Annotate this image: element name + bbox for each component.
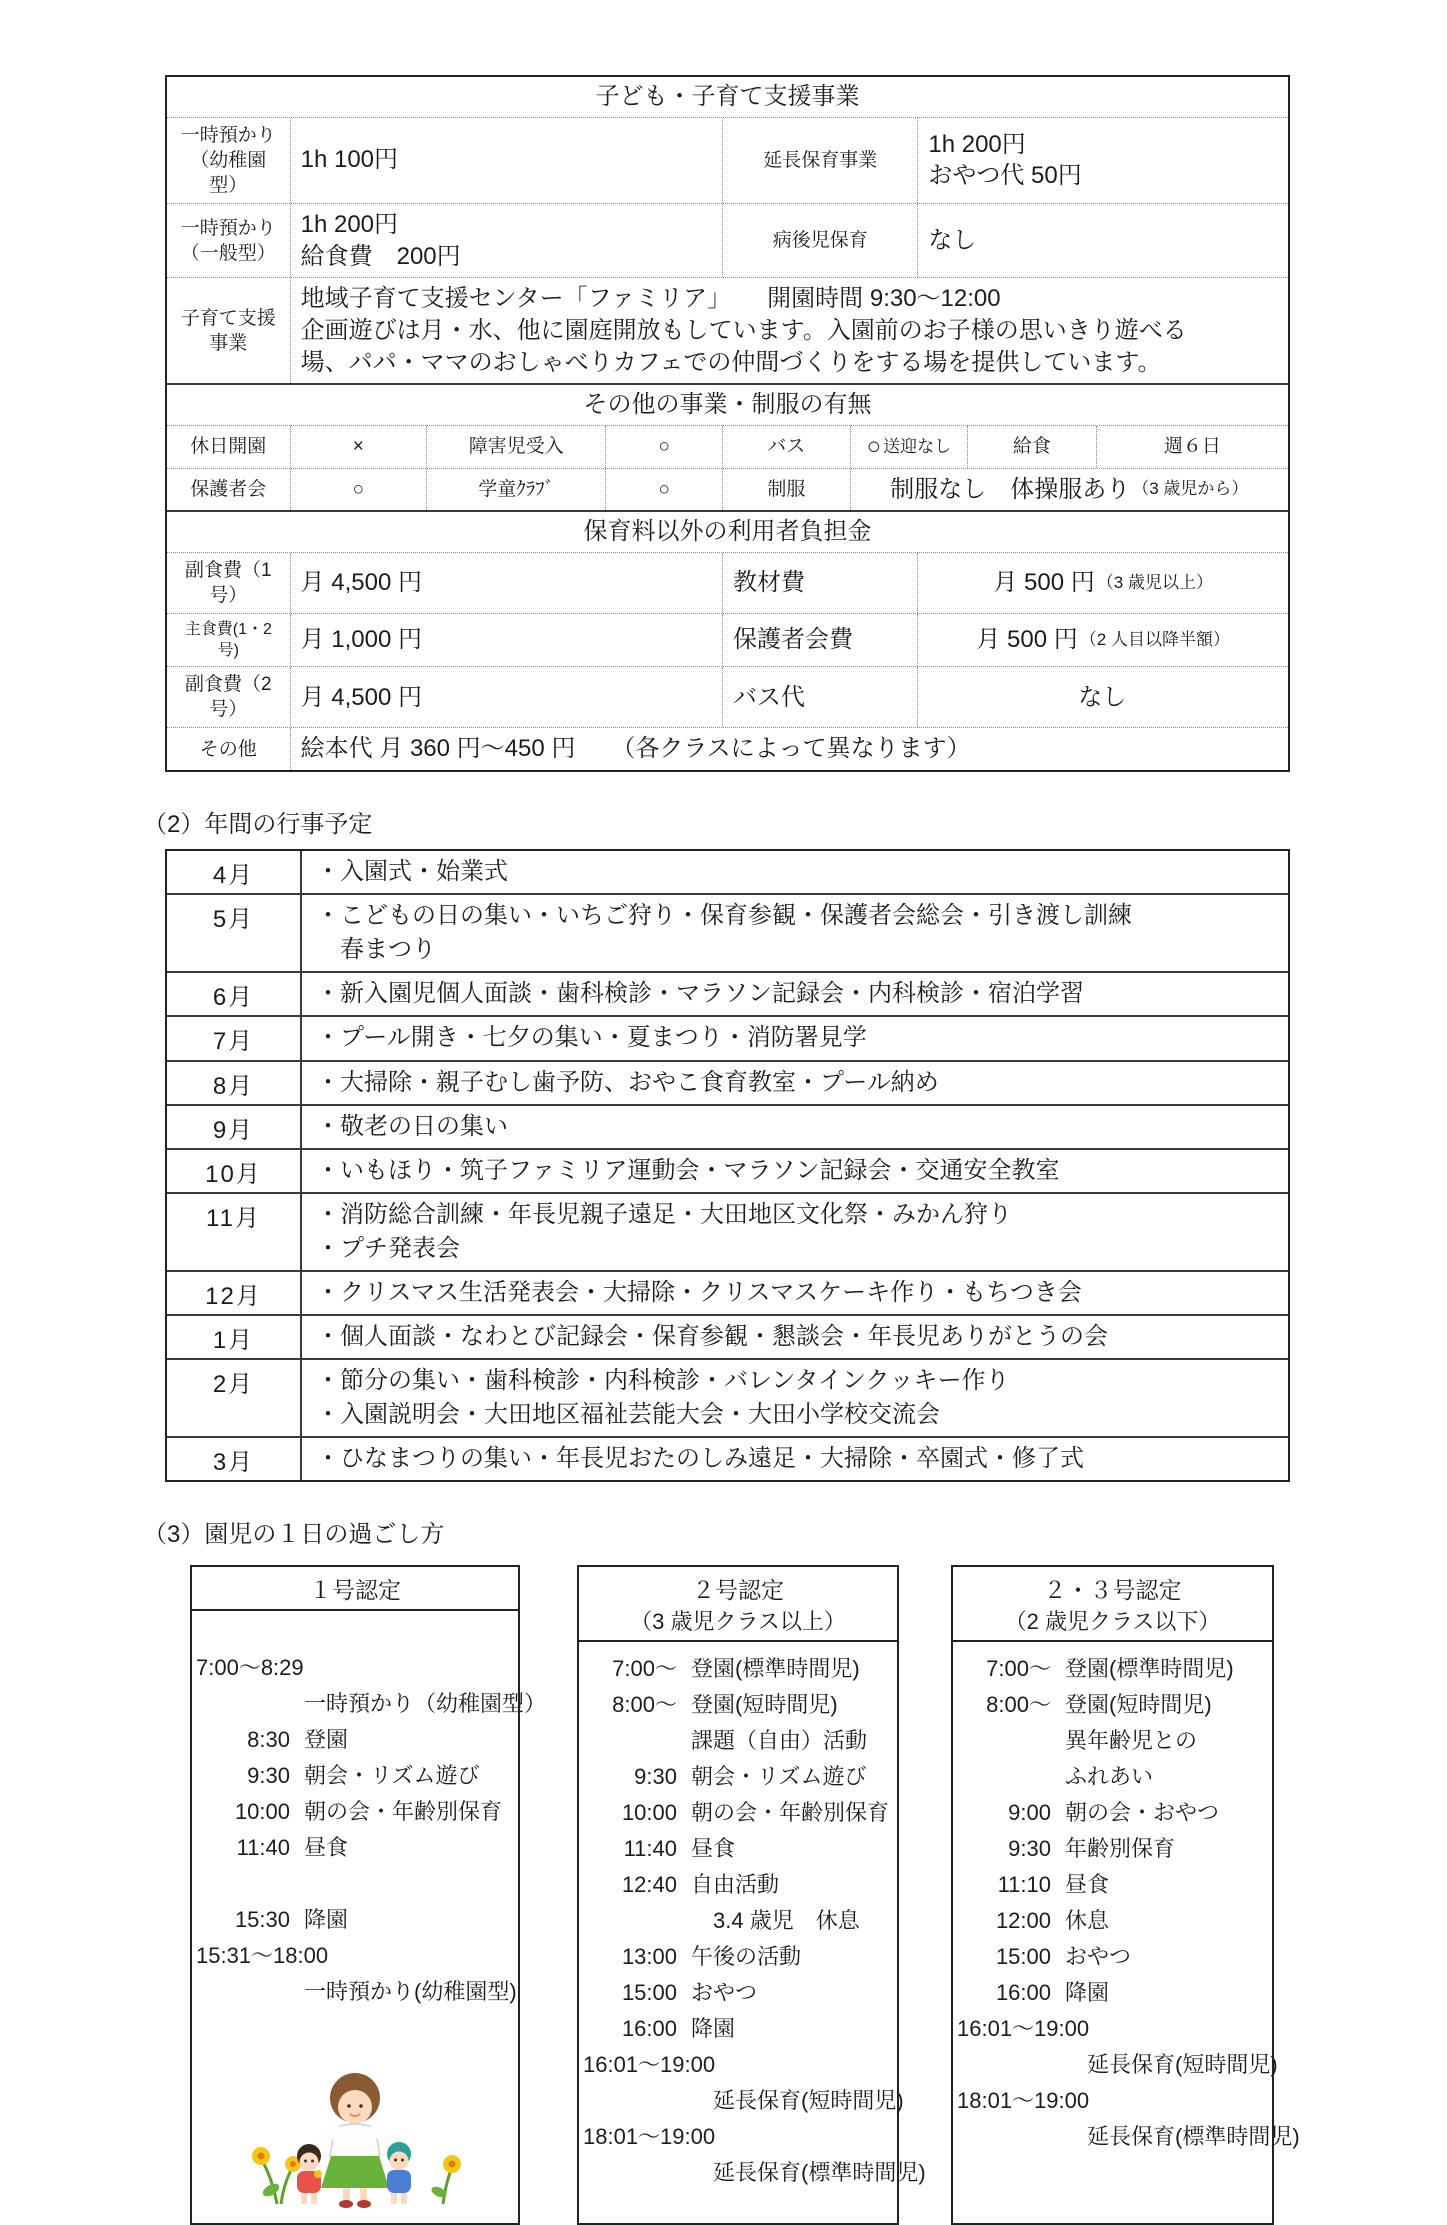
schedule-line: 15:00おやつ [583,1980,893,2016]
schedule-line: 延長保育(標準時間児) [583,2160,893,2196]
schedule-activity: 3.4 歳児 休息 [691,1908,860,1934]
event-month: 2月 [167,1360,302,1436]
other-section-title: その他の事業・制服の有無 [167,385,1288,425]
schedule-activity: 登園(短時間児) [691,1692,838,1718]
schedule-time: 16:01～19:00 [583,2052,729,2078]
schedule-activity: 降園 [691,2016,735,2042]
schedule-activity: 昼食 [691,1836,735,1862]
schedule-time: 12:40 [583,1872,691,1898]
event-items: ・プール開き・七夕の集い・夏まつり・消防署見学 [302,1017,1288,1059]
schedule-time: 7:00～8:29 [196,1655,318,1681]
row-label: 病後児保育 [722,204,917,277]
event-items: ・入園式・始業式 [302,851,1288,893]
schedule-time: 9:00 [957,1800,1065,1826]
schedule-activity: ふれあい [1065,1764,1153,1790]
event-items: ・こどもの日の集い・いちご狩り・保育参観・保護者会総会・引き渡し訓練 春まつり [302,895,1288,971]
schedule-activity: 午後の活動 [691,1944,801,1970]
schedule-box-title: ２号認定 [581,1572,895,1605]
event-items: ・節分の集い・歯科検診・内科検診・バレンタインクッキー作り ・入園説明会・大田地… [302,1360,1288,1436]
event-month: 3月 [167,1438,302,1480]
event-month: 4月 [167,851,302,893]
event-month: 5月 [167,895,302,971]
schedule-time: 11:10 [957,1872,1065,1898]
document-page: 子ども・子育て支援事業 一時預かり （幼稚園型） 1h 100円 延長保育事業 … [0,0,1447,2225]
schedule-time: 10:00 [583,1800,691,1826]
support-services-table: 子ども・子育て支援事業 一時預かり （幼稚園型） 1h 100円 延長保育事業 … [165,75,1290,772]
event-items: ・いもほり・筑子ファミリア運動会・マラソン記録会・交通安全教室 [302,1150,1288,1192]
schedule-time: 9:30 [583,1764,691,1790]
row-label: 保護者会 [167,469,290,511]
schedule-line: 8:00～登園(短時間児) [583,1692,893,1728]
schedule-time: 18:01～19:00 [957,2088,1103,2114]
schedule-line: 9:30朝会・リズム遊び [196,1763,514,1799]
schedule-line: 9:00朝の会・おやつ [957,1800,1268,1836]
schedule-time: 16:01～19:00 [957,2016,1103,2042]
schedule-line: 9:30年齢別保育 [957,1836,1268,1872]
schedule-line: 16:01～19:00 [957,2016,1268,2052]
row-value: 月 4,500 円 [290,667,722,727]
schedule-time: 8:00～ [957,1692,1065,1718]
schedule-activity: 登園(標準時間児) [691,1656,860,1682]
row-label: 副食費（1号） [167,553,290,613]
schedule-time: 12:00 [957,1908,1065,1934]
schedule-time: 8:30 [196,1727,304,1753]
schedule-activity: おやつ [691,1980,757,2006]
row-value: 月 1,000 円 [290,614,722,666]
schedule-activity: 降園 [1065,1980,1109,2006]
schedule-line: 7:00～登園(標準時間児) [957,1656,1268,1692]
event-row: 12月・クリスマス生活発表会・大掃除・クリスマスケーキ作り・もちつき会 [167,1270,1288,1314]
schedule-line: 延長保育(標準時間児) [957,2124,1268,2160]
annual-events-table: 4月・入園式・始業式 5月・こどもの日の集い・いちご狩り・保育参観・保護者会総会… [165,849,1290,1482]
schedule-activity: 自由活動 [691,1872,779,1898]
support-table-title: 子ども・子育て支援事業 [167,77,1288,117]
row-value: なし [917,204,1288,277]
row-value: 1h 200円 おやつ代 50円 [917,118,1288,203]
schedule-time: 15:00 [583,1980,691,2006]
schedule-activity: 降園 [304,1907,348,1933]
row-label: 制服 [722,469,850,511]
flowers-left [252,2147,301,2204]
schedule-time: 8:00～ [583,1692,691,1718]
schedule-box-type2-3: ２・３号認定 （2 歳児クラス以下） 7:00～登園(標準時間児) 8:00～登… [951,1565,1274,2225]
event-month: 7月 [167,1017,302,1059]
schedule-line: 延長保育(短時間児) [583,2088,893,2124]
child-left [297,2144,322,2204]
row-value: 週６日 [1096,426,1288,468]
schedule-line: 16:00降園 [583,2016,893,2052]
event-row: 4月・入園式・始業式 [167,851,1288,893]
schedule-line: 7:00～8:29 [196,1655,514,1691]
event-row: 5月・こどもの日の集い・いちご狩り・保育参観・保護者会総会・引き渡し訓練 春まつ… [167,893,1288,971]
event-month: 1月 [167,1316,302,1358]
row-value: ○ [290,469,427,511]
schedule-activity: 登園 [304,1727,348,1753]
event-month: 12月 [167,1272,302,1314]
schedule-line: 11:10昼食 [957,1872,1268,1908]
schedule-activity: 課題（自由）活動 [691,1728,867,1754]
schedule-activity: 昼食 [304,1835,348,1861]
event-row: 7月・プール開き・七夕の集い・夏まつり・消防署見学 [167,1015,1288,1059]
table-row: 休日開園 × 障害児受入 ○ バス ○送迎なし 給食 週６日 [167,425,1288,468]
schedule-activity: 登園(標準時間児) [1065,1656,1234,1682]
row-value: 1h 100円 [290,118,722,203]
event-items: ・消防総合訓練・年長児親子遠足・大田地区文化祭・みかん狩り ・プチ発表会 [302,1194,1288,1270]
schedule-activity: 一時預かり(幼稚園型) [304,1979,517,2005]
schedule-time: 13:00 [583,1944,691,1970]
event-items: ・新入園児個人面談・歯科検診・マラソン記録会・内科検診・宿泊学習 [302,973,1288,1015]
schedule-activity: 朝の会・年齢別保育 [304,1799,502,1825]
row-label: 保護者会費 [722,614,917,666]
schedule-line: 16:01～19:00 [583,2052,893,2088]
event-row: 1月・個人面談・なわとび記録会・保育参観・懇談会・年長児ありがとうの会 [167,1314,1288,1358]
schedule-line: 18:01～19:00 [583,2124,893,2160]
schedule-box-header: ２号認定 （3 歳児クラス以上） [579,1567,897,1642]
event-month: 10月 [167,1150,302,1192]
schedule-line: 7:00～登園(標準時間児) [583,1656,893,1692]
event-row: 6月・新入園児個人面談・歯科検診・マラソン記録会・内科検診・宿泊学習 [167,971,1288,1015]
event-month: 9月 [167,1106,302,1148]
row-label: バス [722,426,850,468]
schedule-box-subtitle: （3 歳児クラス以上） [581,1605,895,1636]
schedule-lines: 7:00～登園(標準時間児) 8:00～登園(短時間児) 異年齢児との ふれあい… [953,1642,1272,2166]
schedule-activity: 年齢別保育 [1065,1836,1175,1862]
schedule-activity: 異年齢児との [1065,1728,1197,1754]
schedule-activity: 朝会・リズム遊び [304,1763,480,1789]
schedule-activity: 登園(短時間児) [1065,1692,1212,1718]
value-note: 送迎なし [883,436,951,458]
event-row: 2月・節分の集い・歯科検診・内科検診・バレンタインクッキー作り ・入園説明会・大… [167,1358,1288,1436]
schedule-line: 9:30朝会・リズム遊び [583,1764,893,1800]
schedule-line: 15:30降園 [196,1907,514,1943]
row-label: 一時預かり （一般型） [167,204,290,277]
annual-events-heading: （2）年間の行事予定 [143,804,1297,839]
schedule-activity: おやつ [1065,1944,1131,1970]
daily-schedule-heading: （3）園児の１日の過ごし方 [143,1514,1297,1549]
circle-mark: ○ [867,431,882,463]
schedule-line: 3.4 歳児 休息 [583,1908,893,1944]
schedule-activity: 延長保育(短時間児) [1065,2052,1278,2078]
schedule-box-type1: １号認定 7:00～8:29 一時預かり（幼稚園型） 8:30登園 9:30朝会… [190,1565,520,2225]
schedule-line: 延長保育(短時間児) [957,2052,1268,2088]
event-items: ・クリスマス生活発表会・大掃除・クリスマスケーキ作り・もちつき会 [302,1272,1288,1314]
row-label: 副食費（2号） [167,667,290,727]
table-row: 副食費（2号） 月 4,500 円 バス代 なし [167,666,1288,727]
schedule-line: 10:00朝の会・年齢別保育 [196,1799,514,1835]
event-row: 8月・大掃除・親子むし歯予防、おやこ食育教室・プール納め [167,1060,1288,1104]
fee-note: （3 歳児以上） [1097,572,1213,594]
schedule-line: 11:40昼食 [196,1835,514,1871]
row-value: ○ [605,469,722,511]
fee-value: 月 500 円 [993,567,1094,599]
schedule-time: 7:00～ [583,1656,691,1682]
row-label: 給食 [967,426,1096,468]
fee-note: （2 人目以降半額） [1080,629,1230,651]
row-label: 学童ｸﾗﾌﾞ [426,469,605,511]
table-row: その他 絵本代 月 360 円～450 円 （各クラスによって異なります） [167,727,1288,770]
schedule-line: 一時預かり（幼稚園型） [196,1691,514,1727]
schedule-activity: 延長保育(短時間児) [691,2088,904,2114]
row-label: 教材費 [722,553,917,613]
schedule-time: 15:30 [196,1907,304,1933]
row-value: なし [917,667,1288,727]
schedule-line: 15:31～18:00 [196,1943,514,1979]
row-label: 休日開園 [167,426,290,468]
row-label: 延長保育事業 [722,118,917,203]
schedule-line: ふれあい [957,1764,1268,1800]
table-row: 副食費（1号） 月 4,500 円 教材費 月 500 円（3 歳児以上） [167,552,1288,613]
event-month: 8月 [167,1062,302,1104]
schedule-activity: 朝会・リズム遊び [691,1764,867,1790]
children-illustration [192,2052,518,2213]
row-label: バス代 [722,667,917,727]
schedule-time: 11:40 [583,1836,691,1862]
schedule-lines: 7:00～8:29 一時預かり（幼稚園型） 8:30登園 9:30朝会・リズム遊… [192,1611,518,2021]
event-row: 10月・いもほり・筑子ファミリア運動会・マラソン記録会・交通安全教室 [167,1148,1288,1192]
fee-value: なし [1078,682,1126,714]
row-value: 月 4,500 円 [290,553,722,613]
row-label: 障害児受入 [426,426,605,468]
fees-section-title: 保育料以外の利用者負担金 [167,512,1288,552]
schedule-activity: 朝の会・年齢別保育 [691,1800,889,1826]
schedule-time: 10:00 [196,1799,304,1825]
schedule-line: 15:00おやつ [957,1944,1268,1980]
schedule-box-header: ２・３号認定 （2 歳児クラス以下） [953,1567,1272,1642]
other-section-title-row: その他の事業・制服の有無 [167,383,1288,425]
flowers-right [430,2155,461,2204]
row-label: 主食費(1・2号) [167,614,290,666]
schedule-time: 15:00 [957,1944,1065,1970]
schedule-time: 7:00～ [957,1656,1065,1682]
schedule-time: 9:30 [957,1836,1065,1862]
event-month: 6月 [167,973,302,1015]
row-value: ○送迎なし [850,426,968,468]
row-value: 制服なし 体操服あり（3 歳児から） [850,469,1288,511]
schedule-box-header: １号認定 [192,1567,518,1611]
row-value: 月 500 円（3 歳児以上） [917,553,1288,613]
schedule-activity: 一時預かり（幼稚園型） [304,1691,546,1717]
table-row: 一時預かり （幼稚園型） 1h 100円 延長保育事業 1h 200円 おやつ代… [167,117,1288,203]
row-value: 絵本代 月 360 円～450 円 （各クラスによって異なります） [290,728,1288,770]
schedule-time: 16:00 [957,1980,1065,2006]
schedule-line: 8:30登園 [196,1727,514,1763]
schedule-line-spacer [196,1871,514,1907]
schedule-line: 16:00降園 [957,1980,1268,2016]
schedule-line: 8:00～登園(短時間児) [957,1692,1268,1728]
schedule-box-title: ２・３号認定 [955,1572,1270,1605]
schedule-line: 異年齢児との [957,1728,1268,1764]
row-value: × [290,426,427,468]
fee-value: 月 500 円 [976,624,1077,656]
schedule-line: 12:40自由活動 [583,1872,893,1908]
value-note: （3 歳児から） [1132,478,1248,500]
schedule-lines: 7:00～登園(標準時間児) 8:00～登園(短時間児) 課題（自由）活動 9:… [579,1642,897,2202]
event-items: ・個人面談・なわとび記録会・保育参観・懇談会・年長児ありがとうの会 [302,1316,1288,1358]
schedule-activity: 延長保育(標準時間児) [1065,2124,1300,2150]
event-row: 3月・ひなまつりの集い・年長児おたのしみ遠足・大掃除・卒園式・修了式 [167,1436,1288,1480]
schedule-time: 15:31～18:00 [196,1943,342,1969]
row-value: 1h 200円 給食費 200円 [290,204,722,277]
schedule-line: 11:40昼食 [583,1836,893,1872]
event-row: 9月・敬老の日の集い [167,1104,1288,1148]
event-items: ・ひなまつりの集い・年長児おたのしみ遠足・大掃除・卒園式・修了式 [302,1438,1288,1480]
schedule-line: 課題（自由）活動 [583,1728,893,1764]
schedule-time: 18:01～19:00 [583,2124,729,2150]
event-row: 11月・消防総合訓練・年長児親子遠足・大田地区文化祭・みかん狩り ・プチ発表会 [167,1192,1288,1270]
table-row: 主食費(1・2号) 月 1,000 円 保護者会費 月 500 円（2 人目以降… [167,613,1288,666]
schedule-line: 一時預かり(幼稚園型) [196,1979,514,2015]
schedule-time: 9:30 [196,1763,304,1789]
schedule-box-subtitle: （2 歳児クラス以下） [955,1605,1270,1636]
child-right [387,2142,411,2204]
row-value: 地域子育て支援センター「ファミリア」 開園時間 9:30～12:00 企画遊びは… [290,278,1288,383]
schedule-activity: 朝の会・おやつ [1065,1800,1219,1826]
schedule-line: 13:00午後の活動 [583,1944,893,1980]
row-label: 一時預かり （幼稚園型） [167,118,290,203]
row-label: その他 [167,728,290,770]
schedule-box-type2: ２号認定 （3 歳児クラス以上） 7:00～登園(標準時間児) 8:00～登園(… [577,1565,899,2225]
table-row: 一時預かり （一般型） 1h 200円 給食費 200円 病後児保育 なし [167,203,1288,277]
table-row: 保護者会 ○ 学童ｸﾗﾌﾞ ○ 制服 制服なし 体操服あり（3 歳児から） [167,468,1288,511]
row-value: ○ [605,426,722,468]
daily-schedule-boxes: １号認定 7:00～8:29 一時預かり（幼稚園型） 8:30登園 9:30朝会… [165,1565,1297,2225]
event-items: ・大掃除・親子むし歯予防、おやこ食育教室・プール納め [302,1062,1288,1104]
schedule-line: 10:00朝の会・年齢別保育 [583,1800,893,1836]
schedule-time: 11:40 [196,1835,304,1861]
event-items: ・敬老の日の集い [302,1106,1288,1148]
event-month: 11月 [167,1194,302,1270]
schedule-line: 18:01～19:00 [957,2088,1268,2124]
row-label: 子育て支援事業 [167,278,290,383]
schedule-time: 16:00 [583,2016,691,2042]
schedule-line: 12:00休息 [957,1908,1268,1944]
fees-section-title-row: 保育料以外の利用者負担金 [167,510,1288,552]
schedule-activity: 延長保育(標準時間児) [691,2160,926,2186]
table-row: 子育て支援事業 地域子育て支援センター「ファミリア」 開園時間 9:30～12:… [167,277,1288,383]
schedule-box-title: １号認定 [194,1572,516,1605]
schedule-activity: 昼食 [1065,1872,1109,1898]
row-value: 月 500 円（2 人目以降半額） [917,614,1288,666]
support-table-title-row: 子ども・子育て支援事業 [167,77,1288,117]
uniform-value: 制服なし 体操服あり [890,474,1130,506]
schedule-activity: 休息 [1065,1908,1109,1934]
